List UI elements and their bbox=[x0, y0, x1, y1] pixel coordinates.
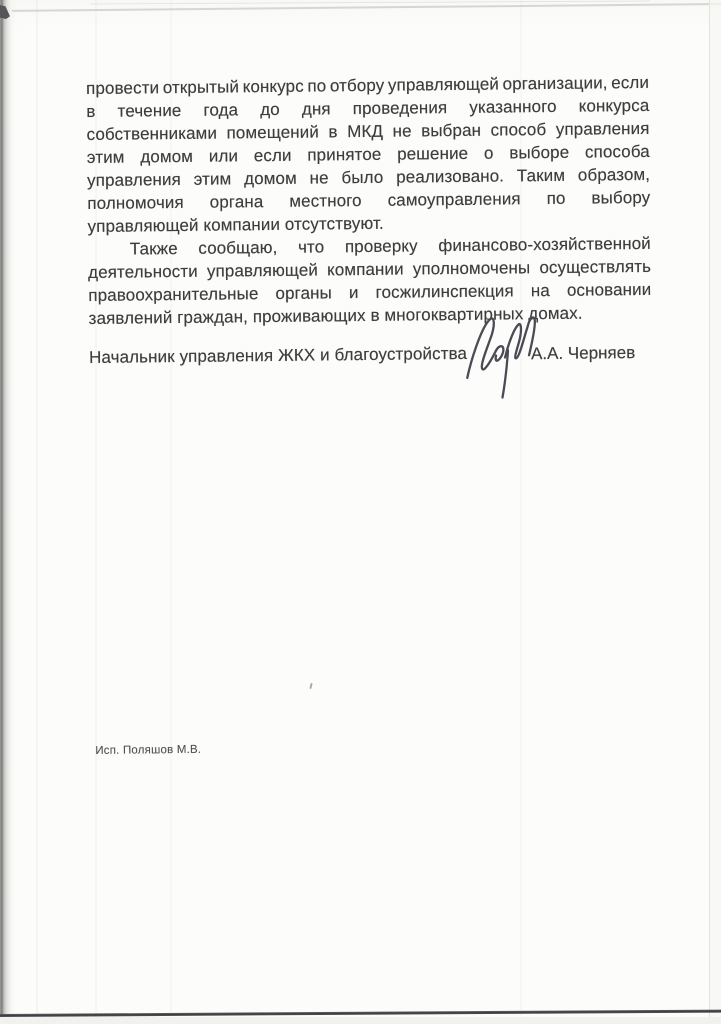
executor-note: Исп. Поляшов М.В. bbox=[95, 744, 201, 757]
letter-body: провестиоткрытыйконкурспоотборууправляющ… bbox=[86, 71, 653, 416]
scan-speck bbox=[309, 683, 312, 689]
text-line: заявлений граждан, проживающих в многокв… bbox=[88, 301, 651, 330]
paragraphs: провестиоткрытыйконкурспоотборууправляющ… bbox=[86, 71, 652, 330]
signatory-name: А.А. Черняев bbox=[531, 341, 635, 365]
scan-left-edge bbox=[0, 0, 13, 1024]
scanned-document-page: провестиоткрытыйконкурспоотборууправляющ… bbox=[0, 0, 721, 1024]
signatory-title: Начальник управления ЖКХ и благоустройст… bbox=[89, 344, 467, 367]
scan-bottom-edge bbox=[0, 1010, 721, 1017]
scan-right-margin bbox=[710, 0, 721, 1024]
scan-streak bbox=[36, 0, 38, 1024]
scan-below-bottom bbox=[0, 1017, 721, 1024]
signature-row: Начальник управления ЖКХ и благоустройст… bbox=[89, 340, 653, 416]
